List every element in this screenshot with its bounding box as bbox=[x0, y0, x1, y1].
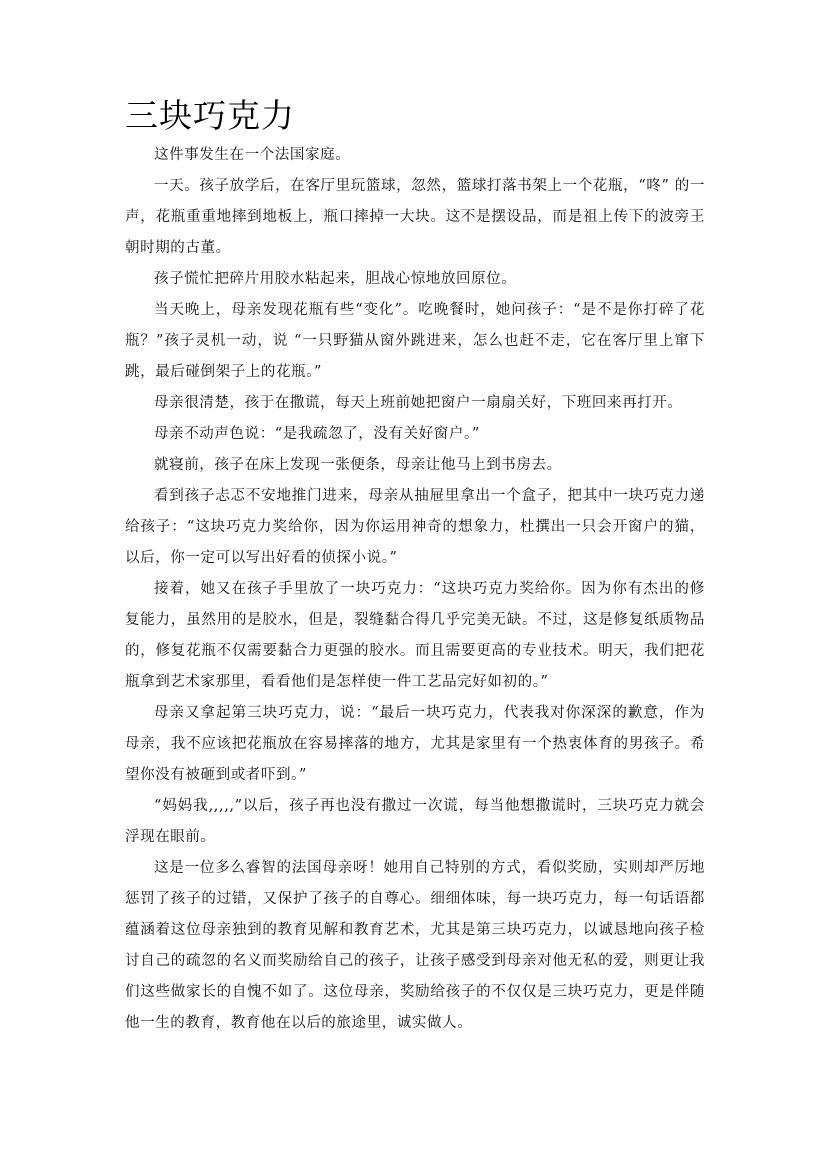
paragraph-12: 这是一位多么睿智的法国母亲呀！她用自己特别的方式，看似奖励，实则却严厉地惩罚了孩… bbox=[125, 853, 705, 1039]
paragraph-11: “妈妈我,,,,,”以后，孩子再也没有撒过一次谎，每当他想撒谎时，三块巧克力就会… bbox=[125, 791, 705, 853]
paragraph-3: 孩子慌忙把碎片用胶水粘起来，胆战心惊地放回原位。 bbox=[125, 264, 705, 295]
paragraph-2: 一天。孩子放学后，在客厅里玩篮球，忽然，篮球打落书架上一个花瓶，“咚” 的一声，… bbox=[125, 171, 705, 264]
paragraph-4: 当天晚上，母亲发现花瓶有些“变化”。吃晚餐时，她问孩子：“是不是你打碎了花瓶？”… bbox=[125, 295, 705, 388]
paragraph-10: 母亲又拿起第三块巧克力，说：“最后一块巧克力，代表我对你深深的歉意，作为母亲，我… bbox=[125, 698, 705, 791]
paragraph-7: 就寝前，孩子在床上发现一张便条，母亲让他马上到书房去。 bbox=[125, 450, 705, 481]
document-title: 三块巧克力 bbox=[125, 94, 705, 138]
paragraph-9: 接着，她又在孩子手里放了一块巧克力：“这块巧克力奖给你。因为你有杰出的修复能力，… bbox=[125, 574, 705, 698]
paragraph-6: 母亲不动声色说：“是我疏忽了，没有关好窗户。” bbox=[125, 419, 705, 450]
paragraph-8: 看到孩子忐忑不安地推门进来，母亲从抽屉里拿出一个盒子，把其中一块巧克力递给孩子：… bbox=[125, 481, 705, 574]
document-page: 三块巧克力 这件事发生在一个法国家庭。 一天。孩子放学后，在客厅里玩篮球，忽然，… bbox=[125, 94, 705, 1039]
paragraph-1: 这件事发生在一个法国家庭。 bbox=[125, 140, 705, 171]
paragraph-5: 母亲很清楚，孩于在撒谎，每天上班前她把窗户一扇扇关好，下班回来再打开。 bbox=[125, 388, 705, 419]
